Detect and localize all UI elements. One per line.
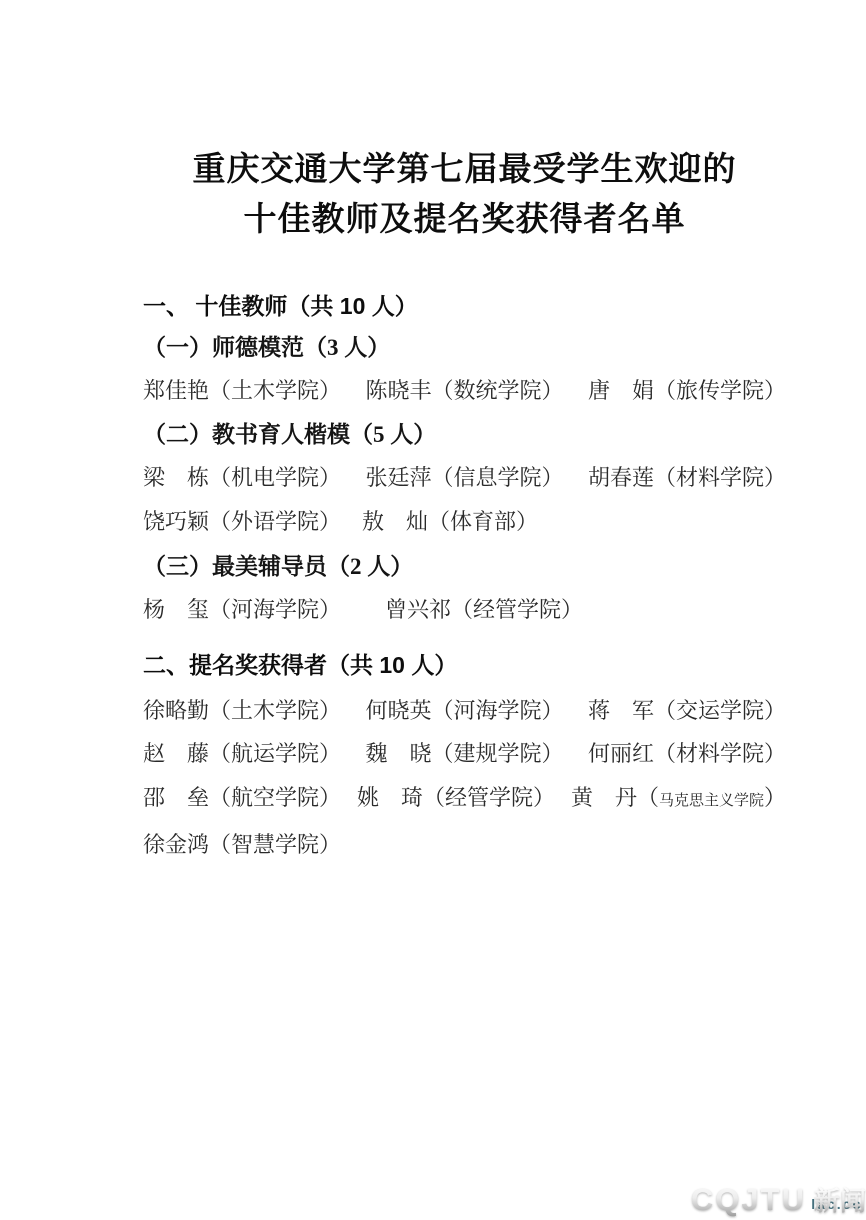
- document-content: 重庆交通大学第七届最受学生欢迎的 十佳教师及提名奖获得者名单 一、 十佳教师（共…: [143, 0, 786, 860]
- awardee-entry: 杨 玺（河海学院）: [143, 595, 341, 625]
- awardee-entry: 何晓英（河海学院）: [365, 696, 563, 726]
- awardee-entry: 黄 丹（马克思主义学院）: [571, 783, 786, 816]
- awardee-entry: 徐略勤（土木学院）: [143, 696, 341, 726]
- awardee-entry: 陈晓丰（数统学院）: [365, 376, 563, 406]
- cqjtu-logo-suffix: 新闻: [814, 1186, 866, 1216]
- section-2-heading: 二、提名奖获得者（共 10 人）: [143, 650, 786, 680]
- name-line: 徐金鸿（智慧学院）: [143, 830, 786, 860]
- awardee-entry: 梁 栋（机电学院）: [143, 463, 341, 493]
- closing-paren: ）: [764, 785, 786, 810]
- document-title-line-1: 重庆交通大学第七届最受学生欢迎的: [143, 145, 786, 195]
- awardee-entry: 郑佳艳（土木学院）: [143, 376, 341, 406]
- document-title: 重庆交通大学第七届最受学生欢迎的 十佳教师及提名奖获得者名单: [143, 145, 786, 245]
- awardee-entry: 胡春莲（材料学院）: [588, 463, 786, 493]
- subsection-1-3-heading: （三）最美辅导员（2 人）: [143, 552, 786, 582]
- section-1-heading: 一、 十佳教师（共 10 人）: [143, 291, 786, 321]
- awardee-entry: 何丽红（材料学院）: [588, 739, 786, 769]
- name-line: 杨 玺（河海学院） 曾兴祁（经管学院）: [143, 595, 786, 625]
- awardee-name: 黄 丹（: [571, 785, 659, 810]
- name-line: 赵 藤（航运学院） 魏 晓（建规学院） 何丽红（材料学院）: [143, 739, 786, 769]
- document-page: 重庆交通大学第七届最受学生欢迎的 十佳教师及提名奖获得者名单 一、 十佳教师（共…: [0, 0, 866, 1220]
- document-title-line-2: 十佳教师及提名奖获得者名单: [143, 195, 786, 245]
- name-line: 徐略勤（土木学院） 何晓英（河海学院） 蒋 军（交运学院）: [143, 696, 786, 726]
- subsection-1-1-heading: （一）师德模范（3 人）: [143, 333, 786, 363]
- awardee-entry: 魏 晓（建规学院）: [365, 739, 563, 769]
- name-line: 饶巧颖（外语学院） 敖 灿（体育部）: [143, 507, 786, 537]
- subsection-1-2-heading: （二）教书育人楷模（5 人）: [143, 420, 786, 450]
- awardee-entry: 曾兴祁（经管学院）: [385, 595, 583, 625]
- name-line: 郑佳艳（土木学院） 陈晓丰（数统学院） 唐 娟（旅传学院）: [143, 376, 786, 406]
- awardee-entry: 饶巧颖（外语学院）: [143, 507, 341, 537]
- awardee-entry: 徐金鸿（智慧学院）: [143, 830, 341, 860]
- awardee-entry: 敖 灿（体育部）: [362, 507, 538, 537]
- awardee-entry: 姚 琦（经管学院）: [357, 783, 555, 813]
- awardee-entry: 赵 藤（航运学院）: [143, 739, 341, 769]
- awardee-dept-small: 马克思主义学院: [659, 793, 764, 809]
- awardee-entry: 邵 垒（航空学院）: [143, 783, 341, 813]
- name-line: 梁 栋（机电学院） 张廷萍（信息学院） 胡春莲（材料学院）: [143, 463, 786, 493]
- awardee-entry: 蒋 军（交运学院）: [588, 696, 786, 726]
- name-line: 邵 垒（航空学院） 姚 琦（经管学院） 黄 丹（马克思主义学院）: [143, 783, 786, 816]
- awardee-entry: 张廷萍（信息学院）: [365, 463, 563, 493]
- awardee-entry: 唐 娟（旅传学院）: [588, 376, 786, 406]
- cqjtu-logo: CQJTU: [691, 1182, 806, 1217]
- watermark: lac.co CQJTU新闻: [691, 1184, 866, 1220]
